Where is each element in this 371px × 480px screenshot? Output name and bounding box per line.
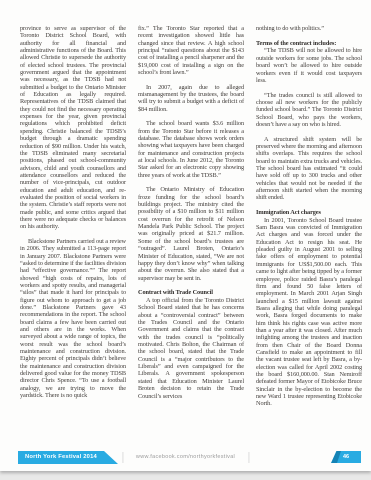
footer-banner-ribbon: North York Festival 2014 [18, 451, 118, 464]
article-column-3: nothing to do with politics.” Terms of t… [256, 25, 362, 449]
footer-banner-label: North York Festival 2014 [25, 454, 97, 460]
footer-page-number: 46 [343, 454, 349, 460]
ribbon-tip-decoration [331, 451, 341, 463]
paragraph: fix.” The Toronto Star reported that a r… [138, 25, 244, 76]
paragraph: The Ontario Ministry of Education froze … [138, 186, 244, 281]
paragraph: A structured shift system will be preser… [256, 136, 362, 202]
paragraph: Blackstone Partners carried out a review… [20, 238, 126, 400]
paragraph: The school board wants $3.6 million from… [138, 120, 244, 179]
paragraph: “The TDSB will not be allowed to hire ou… [256, 47, 362, 84]
footer-page-number-ribbon: 46 [331, 451, 361, 463]
section-heading-immigration-act-charges: Immigration Act charges [256, 209, 362, 216]
paragraph: province to serve as supervisor of the T… [20, 25, 126, 231]
article-column-1: province to serve as supervisor of the T… [20, 25, 126, 449]
paragraph: nothing to do with politics.” [256, 25, 362, 32]
paragraph: In 2007, again due to alleged mismanagem… [138, 84, 244, 113]
paragraph: A top official from the Toronto District… [138, 297, 244, 400]
footer-website-url: www.facebook.com/northyorkfestival [122, 452, 249, 463]
article-column-2: fix.” The Toronto Star reported that a r… [138, 25, 244, 449]
scanned-magazine-page: province to serve as supervisor of the T… [0, 0, 371, 471]
article-columns: province to serve as supervisor of the T… [20, 25, 362, 449]
section-heading-contract-with-trade-council: Contract with Trade Council [138, 289, 244, 296]
page-footer: North York Festival 2014 www.facebook.co… [0, 451, 371, 465]
paragraph: In 2001, Toronto School Board trustee Sa… [256, 217, 362, 408]
section-heading-terms-of-contract: Terms of the contract includes: [256, 40, 362, 47]
paragraph: “The trades council is still allowed to … [256, 92, 362, 129]
